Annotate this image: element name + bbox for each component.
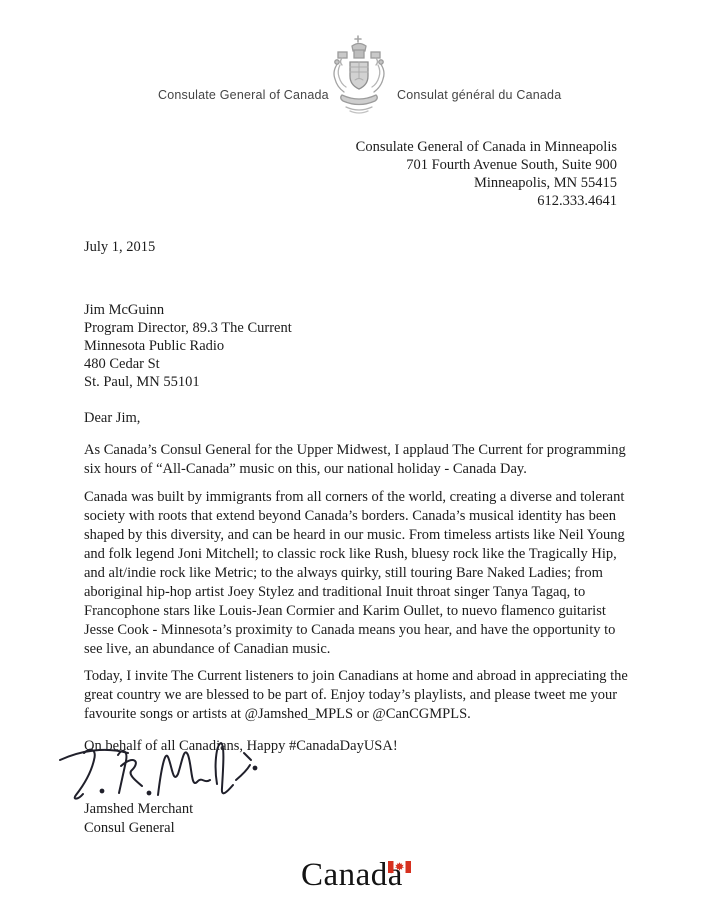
paragraph-2: Canada was built by immigrants from all … (84, 488, 625, 659)
paragraph-3: Today, I invite The Current listeners to… (84, 667, 628, 724)
letter-date: July 1, 2015 (84, 239, 155, 256)
paragraph-line: six hours of “All-Canada” music on this,… (84, 460, 626, 479)
paragraph-line: shaped by this diversity, and can be hea… (84, 526, 625, 545)
paragraph-line: and alt/indie rock like Metric; to the a… (84, 564, 625, 583)
paragraph-line: As Canada’s Consul General for the Upper… (84, 441, 626, 460)
sender-address-block: Consulate General of Canada in Minneapol… (356, 138, 617, 210)
sender-address-line: Consulate General of Canada in Minneapol… (356, 138, 617, 156)
letterhead-english-label: Consulate General of Canada (158, 88, 329, 102)
sender-address-line: Minneapolis, MN 55415 (356, 174, 617, 192)
sender-phone: 612.333.4641 (356, 192, 617, 210)
paragraph-line: favourite songs or artists at @Jamshed_M… (84, 705, 628, 724)
paragraph-line: great country we are blessed to be part … (84, 686, 628, 705)
paragraph-line: Francophone stars like Louis-Jean Cormie… (84, 602, 625, 621)
scanned-letter-page: Consulate General of Canada (0, 0, 708, 921)
recipient-title: Program Director, 89.3 The Current (84, 319, 292, 337)
salutation: Dear Jim, (84, 410, 140, 427)
signatory-name: Jamshed Merchant (84, 801, 193, 818)
paragraph-line: aboriginal hip-hop artist Joey Stylez an… (84, 583, 625, 602)
paragraph-1: As Canada’s Consul General for the Upper… (84, 441, 626, 479)
canada-flag-icon (388, 860, 411, 878)
paragraph-line: and folk legend Joni Mitchell; to classi… (84, 545, 625, 564)
paragraph-line: society with roots that extend beyond Ca… (84, 507, 625, 526)
letterhead-french-label: Consulat général du Canada (397, 88, 561, 102)
recipient-address-block: Jim McGuinn Program Director, 89.3 The C… (84, 301, 292, 391)
sender-address-line: 701 Fourth Avenue South, Suite 900 (356, 156, 617, 174)
recipient-city: St. Paul, MN 55101 (84, 373, 292, 391)
paragraph-line: Jesse Cook - Minnesota’s proximity to Ca… (84, 621, 625, 640)
paragraph-line: Today, I invite The Current listeners to… (84, 667, 628, 686)
paragraph-line: see live, an abundance of Canadian music… (84, 640, 625, 659)
royal-coat-of-arms-icon (328, 35, 390, 117)
canada-wordmark: Canada (301, 855, 431, 905)
recipient-organization: Minnesota Public Radio (84, 337, 292, 355)
signatory-title: Consul General (84, 820, 175, 837)
paragraph-line: Canada was built by immigrants from all … (84, 488, 625, 507)
recipient-name: Jim McGuinn (84, 301, 292, 319)
recipient-street: 480 Cedar St (84, 355, 292, 373)
